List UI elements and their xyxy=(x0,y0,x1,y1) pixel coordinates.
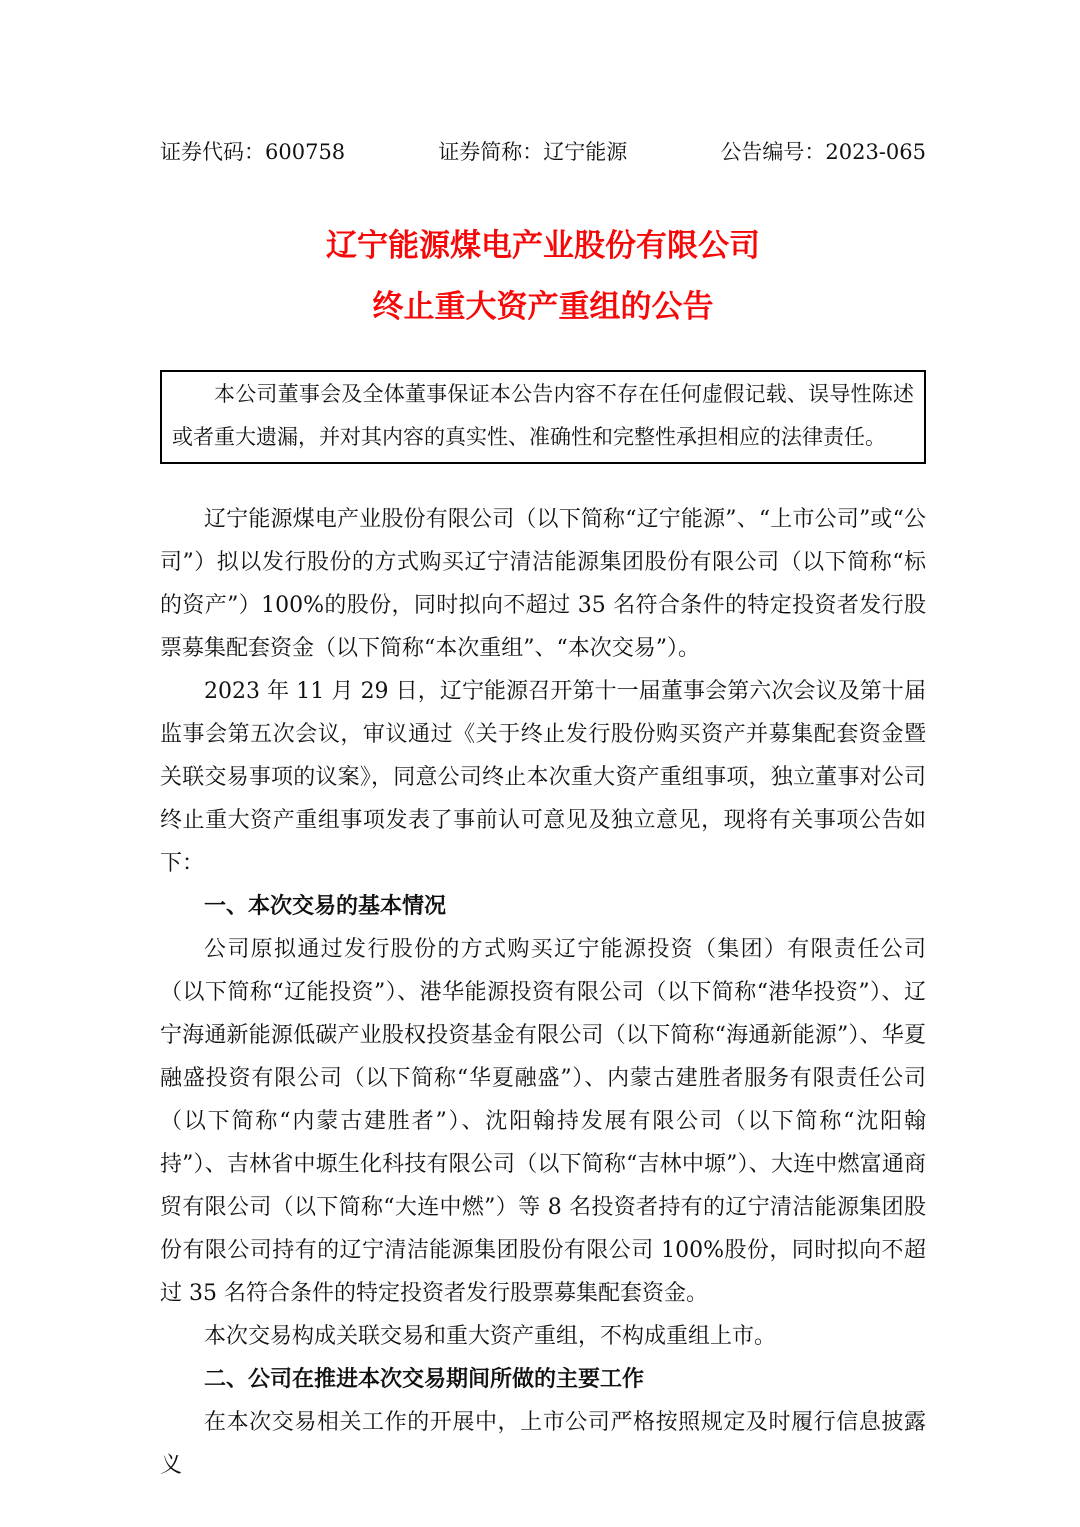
announcement-number: 公告编号：2023-065 xyxy=(720,138,926,166)
stock-code: 证券代码：600758 xyxy=(160,138,345,166)
body-paragraph: 在本次交易相关工作的开展中，上市公司严格按照规定及时履行信息披露义 xyxy=(160,1401,926,1487)
disclaimer-text: 本公司董事会及全体董事保证本公告内容不存在任何虚假记载、误导性陈述或者重大遗漏，… xyxy=(172,373,914,459)
document-page: 证券代码：600758 证券简称：辽宁能源 公告编号：2023-065 辽宁能源… xyxy=(0,0,1080,1527)
body-paragraph: 2023 年 11 月 29 日，辽宁能源召开第十一届董事会第六次会议及第十届监… xyxy=(160,670,926,885)
doc-title-line1: 辽宁能源煤电产业股份有限公司 xyxy=(160,216,926,277)
body-paragraph: 辽宁能源煤电产业股份有限公司（以下简称“辽宁能源”、“上市公司”或“公司”）拟以… xyxy=(160,498,926,670)
section-heading: 一、本次交易的基本情况 xyxy=(160,885,926,928)
doc-header: 证券代码：600758 证券简称：辽宁能源 公告编号：2023-065 xyxy=(160,138,926,166)
stock-name: 证券简称：辽宁能源 xyxy=(438,138,627,166)
doc-title: 辽宁能源煤电产业股份有限公司 终止重大资产重组的公告 xyxy=(160,216,926,338)
body-paragraph: 本次交易构成关联交易和重大资产重组，不构成重组上市。 xyxy=(160,1315,926,1358)
body-paragraph: 公司原拟通过发行股份的方式购买辽宁能源投资（集团）有限责任公司（以下简称“辽能投… xyxy=(160,928,926,1315)
doc-title-line2: 终止重大资产重组的公告 xyxy=(160,277,926,338)
section-heading: 二、公司在推进本次交易期间所做的主要工作 xyxy=(160,1358,926,1401)
doc-body: 辽宁能源煤电产业股份有限公司（以下简称“辽宁能源”、“上市公司”或“公司”）拟以… xyxy=(160,498,926,1487)
disclaimer-box: 本公司董事会及全体董事保证本公告内容不存在任何虚假记载、误导性陈述或者重大遗漏，… xyxy=(160,370,926,464)
